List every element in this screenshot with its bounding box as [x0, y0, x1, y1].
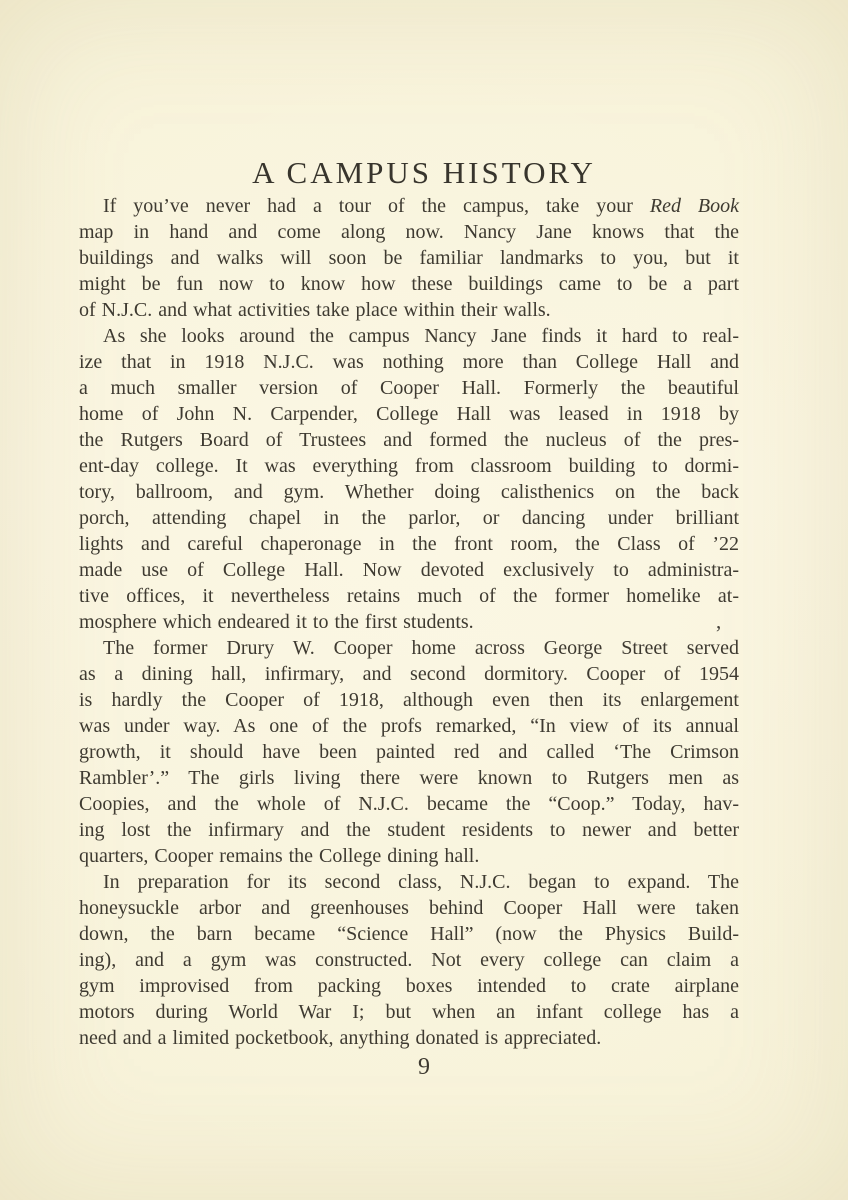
text-line: motors during World War I; but when an i…: [79, 999, 739, 1025]
text-line: As she looks around the campus Nancy Jan…: [79, 323, 739, 349]
text-line: was under way. As one of the profs remar…: [79, 713, 739, 739]
text-line: a much smaller version of Cooper Hall. F…: [79, 375, 739, 401]
text-line: buildings and walks will soon be familia…: [79, 245, 739, 271]
text-line: ing lost the infirmary and the student r…: [79, 817, 739, 843]
text-line: gym improvised from packing boxes intend…: [79, 973, 739, 999]
text-line: home of John N. Carpender, College Hall …: [79, 401, 739, 427]
text-line: tive offices, it nevertheless retains mu…: [79, 583, 739, 609]
text-line: need and a limited pocketbook, anything …: [79, 1025, 739, 1051]
text-line: made use of College Hall. Now devoted ex…: [79, 557, 739, 583]
text-line: honeysuckle arbor and greenhouses behind…: [79, 895, 739, 921]
text-line: is hardly the Cooper of 1918, although e…: [79, 687, 739, 713]
text-line: tory, ballroom, and gym. Whether doing c…: [79, 479, 739, 505]
text-line: ize that in 1918 N.J.C. was nothing more…: [79, 349, 739, 375]
text-line: quarters, Cooper remains the College din…: [79, 843, 739, 869]
page-number: 9: [0, 1054, 848, 1081]
page-title: A CAMPUS HISTORY: [0, 155, 848, 191]
text-line: If you’ve never had a tour of the campus…: [79, 193, 739, 219]
stray-ink-mark: ,: [716, 608, 721, 634]
text-line: The former Drury W. Cooper home across G…: [79, 635, 739, 661]
text-line: ing), and a gym was constructed. Not eve…: [79, 947, 739, 973]
text-line: lights and careful chaperonage in the fr…: [79, 531, 739, 557]
body-text: If you’ve never had a tour of the campus…: [79, 193, 739, 1051]
text-line: Coopies, and the whole of N.J.C. became …: [79, 791, 739, 817]
text-line: might be fun now to know how these build…: [79, 271, 739, 297]
text-line: ent-day college. It was everything from …: [79, 453, 739, 479]
text-line: In preparation for its second class, N.J…: [79, 869, 739, 895]
text-line: Rambler’.” The girls living there were k…: [79, 765, 739, 791]
text-line: mosphere which endeared it to the first …: [79, 609, 739, 635]
text-line: of N.J.C. and what activities take place…: [79, 297, 739, 323]
text-line: the Rutgers Board of Trustees and formed…: [79, 427, 739, 453]
text-line: porch, attending chapel in the parlor, o…: [79, 505, 739, 531]
text-line: map in hand and come along now. Nancy Ja…: [79, 219, 739, 245]
text-line: down, the barn became “Science Hall” (no…: [79, 921, 739, 947]
scanned-book-page: A CAMPUS HISTORY If you’ve never had a t…: [0, 0, 848, 1200]
text-line: as a dining hall, infirmary, and second …: [79, 661, 739, 687]
text-line: growth, it should have been painted red …: [79, 739, 739, 765]
